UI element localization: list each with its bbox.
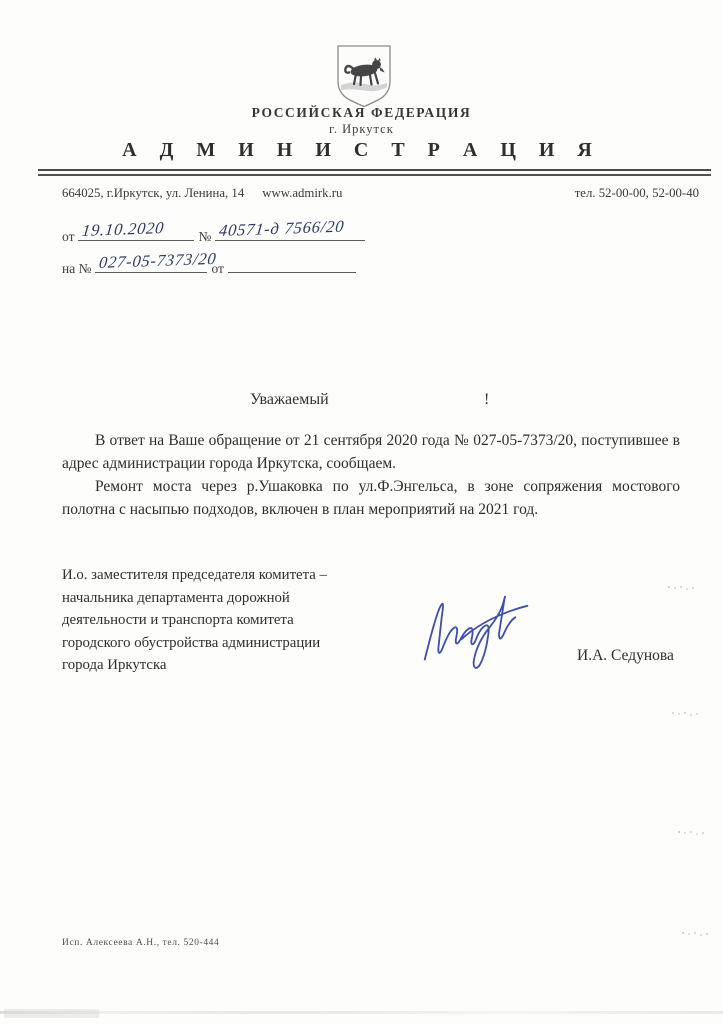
reply-number-blank-line: 027-05-7373/20: [95, 258, 207, 273]
handwritten-number: 40571-д 7566/20: [218, 217, 345, 241]
scan-edge-shadow: [0, 1011, 723, 1014]
letterhead-phone: тел. 52-00-00, 52-00-40: [575, 186, 699, 201]
signer-position: И.о. заместителя председателя комитета –…: [62, 564, 414, 677]
letterhead-country: РОССИЙСКАЯ ФЕДЕРАЦИЯ: [0, 105, 723, 121]
reply-label: на №: [62, 261, 91, 277]
signer-position-line: И.о. заместителя председателя комитета –: [62, 564, 414, 587]
letterhead-organization: А Д М И Н И С Т Р А Ц И Я: [0, 139, 723, 162]
from-label: от: [62, 229, 74, 245]
signer-position-line: начальника департамента дорожной: [62, 587, 414, 610]
salutation-text: Уважаемый: [250, 391, 329, 409]
body-paragraph: Ремонт моста через р.Ушаковка по ул.Ф.Эн…: [62, 475, 680, 521]
signer-position-line: городского обустройства администрации: [62, 632, 414, 655]
date-blank-line: 19.10.2020: [78, 226, 194, 241]
reply-date-blank-line: [228, 258, 356, 273]
scan-artifact: [668, 586, 670, 588]
signer-position-line: деятельности и транспорта комитета: [62, 609, 414, 632]
outgoing-reference-line: от19.10.2020№40571-д 7566/20: [62, 226, 369, 245]
scan-artifact: [672, 712, 674, 714]
number-blank-line: 40571-д 7566/20: [215, 226, 365, 241]
signer-name: И.А. Седунова: [577, 647, 674, 665]
salutation-punctuation: !: [484, 391, 489, 409]
handwritten-date: 19.10.2020: [81, 218, 165, 241]
letterhead-city: г. Иркутск: [0, 122, 723, 137]
scanned-letter-page: РОССИЙСКАЯ ФЕДЕРАЦИЯ г. Иркутск А Д М И …: [0, 0, 723, 1024]
letterhead-divider: [38, 169, 711, 176]
body-paragraph: В ответ на Ваше обращение от 21 сентября…: [62, 429, 680, 475]
handwritten-reply-number: 027-05-7373/20: [98, 249, 218, 273]
signer-position-line: города Иркутска: [62, 654, 414, 677]
number-label: №: [198, 229, 211, 245]
irkutsk-coat-of-arms-icon: [334, 44, 394, 108]
scan-artifact: [678, 831, 680, 833]
scan-edge-shadow: [4, 1009, 99, 1018]
letterhead-website: www.admirk.ru: [262, 186, 342, 201]
letter-body: В ответ на Ваше обращение от 21 сентября…: [62, 429, 680, 521]
incoming-reference-line: на №027-05-7373/20от: [62, 258, 360, 277]
letterhead-contact-row: 664025, г.Иркутск, ул. Ленина, 14 www.ad…: [62, 186, 699, 201]
executor-info: Исп. Алексеева А.Н., тел. 520-444: [62, 938, 219, 948]
scan-artifact: [682, 932, 684, 934]
letterhead-address: 664025, г.Иркутск, ул. Ленина, 14: [62, 186, 244, 201]
handwritten-signature: [412, 583, 552, 678]
